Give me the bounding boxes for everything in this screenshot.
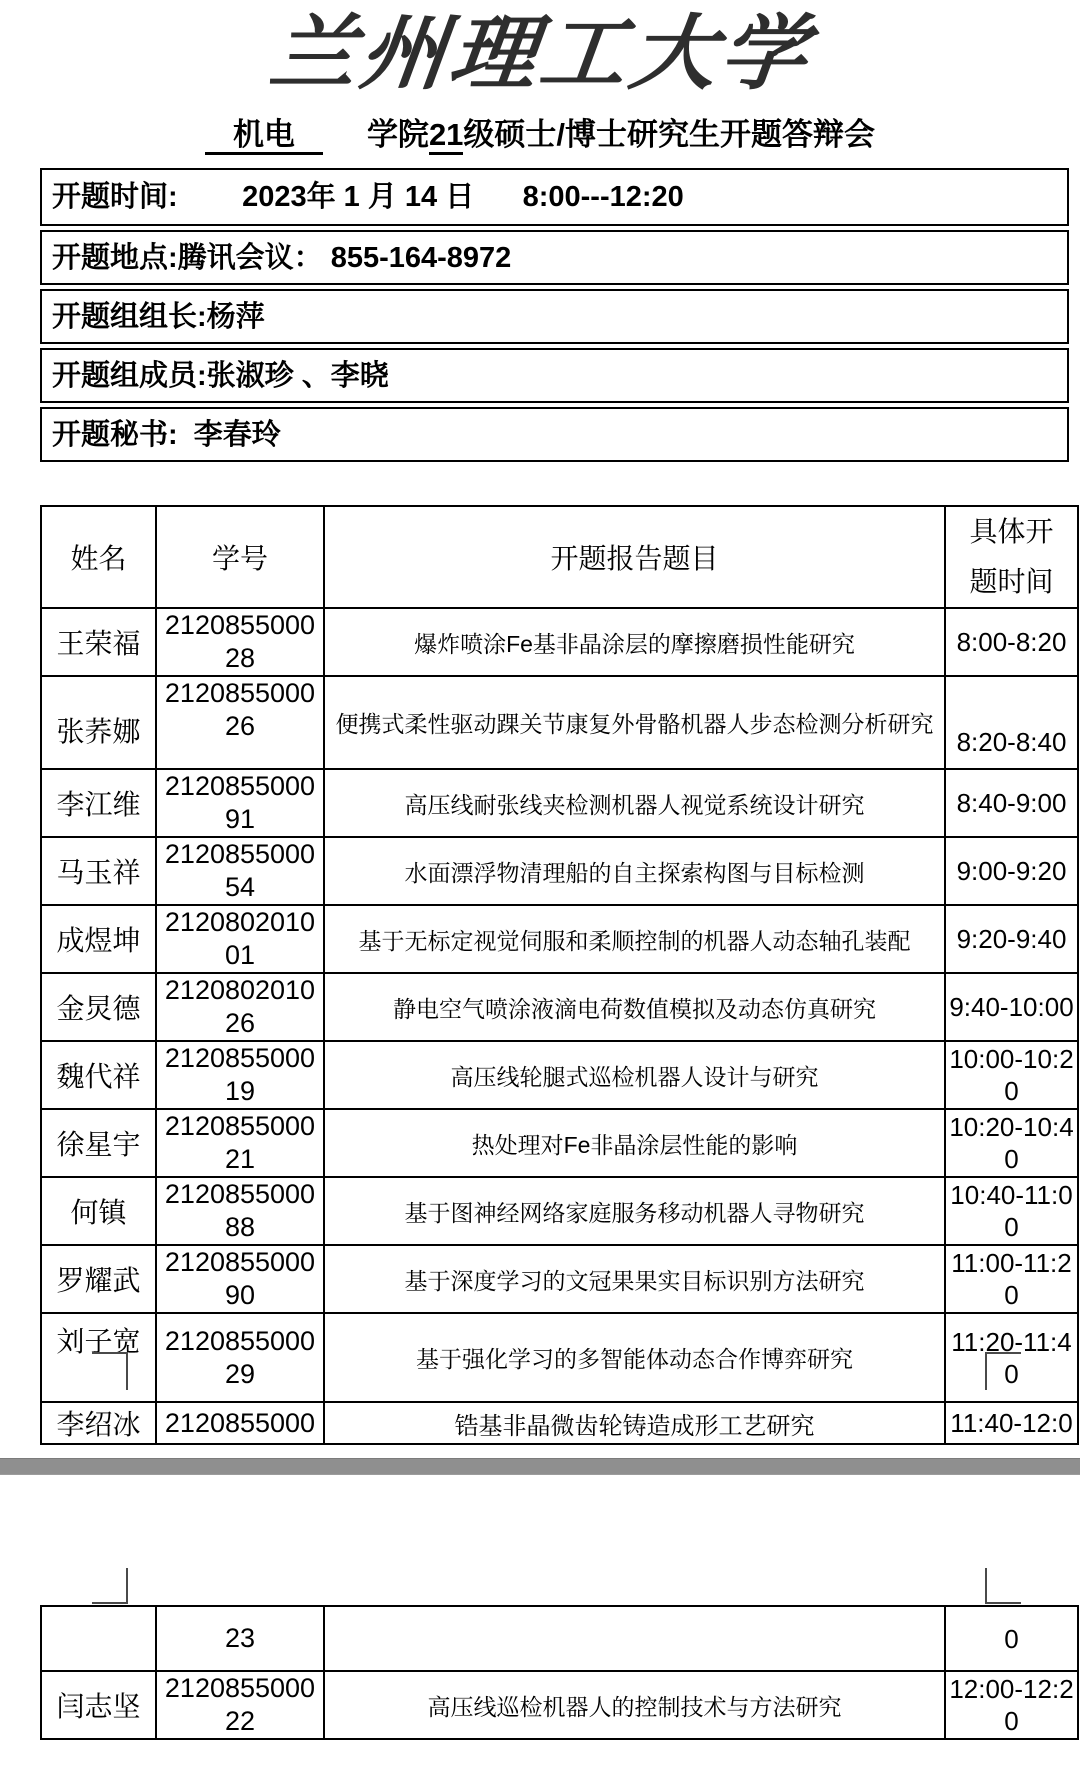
table-row: 成煜坤212080201001基于无标定视觉伺服和柔顺控制的机器人动态轴孔装配9…: [41, 905, 1078, 973]
student-name-cell: 徐星宇: [41, 1109, 156, 1177]
student-name-cell: 王荣福: [41, 608, 156, 676]
time-slot-cell: 11:40-12:0: [945, 1402, 1078, 1444]
student-name-cell: 成煜坤: [41, 905, 156, 973]
student-name-cell: 罗耀武: [41, 1245, 156, 1313]
page2-top-right-margin-mark: [985, 1568, 1021, 1604]
student-id-cell: 212085500091: [156, 769, 324, 837]
meeting-info-block: 开题时间: 2023年 1 月 14 日 8:00---12:20 开题地点:腾…: [40, 168, 1069, 466]
thesis-title-cell: 锆基非晶微齿轮铸造成形工艺研究: [324, 1402, 945, 1444]
time-slot-cell: 12:00-12:20: [945, 1671, 1078, 1739]
title-rest-text: 级硕士/博士研究生开题答辩会: [463, 117, 875, 152]
student-id-cell: 212085500019: [156, 1041, 324, 1109]
schedule-table: 姓名 学号 开题报告题目 具体开 题时间 王荣福212085500028爆炸喷涂…: [40, 505, 1079, 1445]
student-id-cell: 23: [156, 1606, 324, 1671]
header-thesis-title: 开题报告题目: [324, 506, 945, 608]
page1-bottom-right-margin-mark: [985, 1352, 1021, 1390]
time-slot-cell: 11:00-11:20: [945, 1245, 1078, 1313]
table-row: 闫志坚212085500022高压线巡检机器人的控制技术与方法研究12:00-1…: [41, 1671, 1078, 1739]
student-id-cell: 212085500090: [156, 1245, 324, 1313]
thesis-title-cell: 便携式柔性驱动踝关节康复外骨骼机器人步态检测分析研究: [324, 676, 945, 769]
thesis-title-cell: 水面漂浮物清理船的自主探索构图与目标检测: [324, 837, 945, 905]
page1-bottom-left-margin-mark: [92, 1352, 128, 1390]
student-id-cell: 212080201001: [156, 905, 324, 973]
header-time-line2: 题时间: [946, 557, 1077, 607]
student-name-cell: 金炅德: [41, 973, 156, 1041]
grade-blank: 21: [429, 117, 463, 155]
thesis-title-cell: 静电空气喷涂液滴电荷数值模拟及动态仿真研究: [324, 973, 945, 1041]
thesis-title-cell: 热处理对Fe非晶涂层性能的影响: [324, 1109, 945, 1177]
thesis-title-cell: 爆炸喷涂Fe基非晶涂层的摩擦磨损性能研究: [324, 608, 945, 676]
student-id-cell: 212085500088: [156, 1177, 324, 1245]
time-slot-cell: 8:20-8:40: [945, 676, 1078, 769]
table-row: 张荞娜212085500026便携式柔性驱动踝关节康复外骨骼机器人步态检测分析研…: [41, 676, 1078, 769]
table-row: 何镇212085500088基于图神经网络家庭服务移动机器人寻物研究10:40-…: [41, 1177, 1078, 1245]
table-row: 王荣福212085500028爆炸喷涂Fe基非晶涂层的摩擦磨损性能研究8:00-…: [41, 608, 1078, 676]
thesis-title-cell: 高压线轮腿式巡检机器人设计与研究: [324, 1041, 945, 1109]
table-row: 230: [41, 1606, 1078, 1671]
time-slot-cell: 8:40-9:00: [945, 769, 1078, 837]
table-header-row: 姓名 学号 开题报告题目 具体开 题时间: [41, 506, 1078, 608]
student-id-cell: 212085500029: [156, 1313, 324, 1402]
page-break-separator: [0, 1458, 1080, 1475]
header-name: 姓名: [41, 506, 156, 608]
page2-top-left-margin-mark: [92, 1568, 128, 1604]
time-slot-cell: 8:00-8:20: [945, 608, 1078, 676]
thesis-title-cell: 高压线耐张线夹检测机器人视觉系统设计研究: [324, 769, 945, 837]
student-name-cell: 魏代祥: [41, 1041, 156, 1109]
student-id-cell: 212085500054: [156, 837, 324, 905]
student-name-cell: 闫志坚: [41, 1671, 156, 1739]
time-slot-cell: 10:20-10:40: [945, 1109, 1078, 1177]
student-name-cell: 张荞娜: [41, 676, 156, 769]
student-id-cell: 212085500022: [156, 1671, 324, 1739]
table-row: 金炅德212080201026静电空气喷涂液滴电荷数值模拟及动态仿真研究9:40…: [41, 973, 1078, 1041]
table-row: 李绍冰2120855000锆基非晶微齿轮铸造成形工艺研究11:40-12:0: [41, 1402, 1078, 1444]
page-title: 机电学院21级硕士/博士研究生开题答辩会: [0, 112, 1080, 158]
thesis-title-cell: 基于强化学习的多智能体动态合作博弈研究: [324, 1313, 945, 1402]
student-id-cell: 212080201026: [156, 973, 324, 1041]
time-slot-cell: 9:20-9:40: [945, 905, 1078, 973]
info-row-leader: 开题组组长:杨萍: [40, 289, 1069, 344]
info-row-location: 开题地点:腾讯会议： 855-164-8972: [40, 230, 1069, 285]
thesis-title-cell: 高压线巡检机器人的控制技术与方法研究: [324, 1671, 945, 1739]
student-id-cell: 212085500028: [156, 608, 324, 676]
student-name-cell: 李绍冰: [41, 1402, 156, 1444]
header-student-id: 学号: [156, 506, 324, 608]
table-row: 马玉祥212085500054水面漂浮物清理船的自主探索构图与目标检测9:00-…: [41, 837, 1078, 905]
thesis-title-cell: 基于无标定视觉伺服和柔顺控制的机器人动态轴孔装配: [324, 905, 945, 973]
table-row: 李江维212085500091高压线耐张线夹检测机器人视觉系统设计研究8:40-…: [41, 769, 1078, 837]
time-slot-cell: 10:40-11:00: [945, 1177, 1078, 1245]
table-row: 徐星宇212085500021热处理对Fe非晶涂层性能的影响10:20-10:4…: [41, 1109, 1078, 1177]
time-slot-cell: 0: [945, 1606, 1078, 1671]
university-logo-calligraphy: 兰州理工大学: [0, 3, 1080, 106]
thesis-title-cell: [324, 1606, 945, 1671]
student-id-cell: 212085500021: [156, 1109, 324, 1177]
table-row: 刘子宽212085500029基于强化学习的多智能体动态合作博弈研究11:20-…: [41, 1313, 1078, 1402]
student-id-cell: 2120855000: [156, 1402, 324, 1444]
time-slot-cell: 10:00-10:20: [945, 1041, 1078, 1109]
time-slot-cell: 9:40-10:00: [945, 973, 1078, 1041]
header-time: 具体开 题时间: [945, 506, 1078, 608]
student-name-cell: 马玉祥: [41, 837, 156, 905]
student-name-cell: 李江维: [41, 769, 156, 837]
time-slot-cell: 9:00-9:20: [945, 837, 1078, 905]
title-middle-text: 学院: [367, 117, 429, 152]
thesis-title-cell: 基于图神经网络家庭服务移动机器人寻物研究: [324, 1177, 945, 1245]
info-row-members: 开题组成员:张淑珍 、李晓: [40, 348, 1069, 403]
table-row: 魏代祥212085500019高压线轮腿式巡检机器人设计与研究10:00-10:…: [41, 1041, 1078, 1109]
student-id-cell: 212085500026: [156, 676, 324, 769]
info-row-secretary: 开题秘书: 李春玲: [40, 407, 1069, 462]
header-time-line1: 具体开: [946, 507, 1077, 557]
student-name-cell: [41, 1606, 156, 1671]
info-row-time: 开题时间: 2023年 1 月 14 日 8:00---12:20: [40, 168, 1069, 226]
department-blank: 机电: [205, 117, 323, 155]
thesis-title-cell: 基于深度学习的文冠果果实目标识别方法研究: [324, 1245, 945, 1313]
student-name-cell: 何镇: [41, 1177, 156, 1245]
schedule-table-continuation: 230闫志坚212085500022高压线巡检机器人的控制技术与方法研究12:0…: [40, 1605, 1079, 1740]
table-row: 罗耀武212085500090基于深度学习的文冠果果实目标识别方法研究11:00…: [41, 1245, 1078, 1313]
